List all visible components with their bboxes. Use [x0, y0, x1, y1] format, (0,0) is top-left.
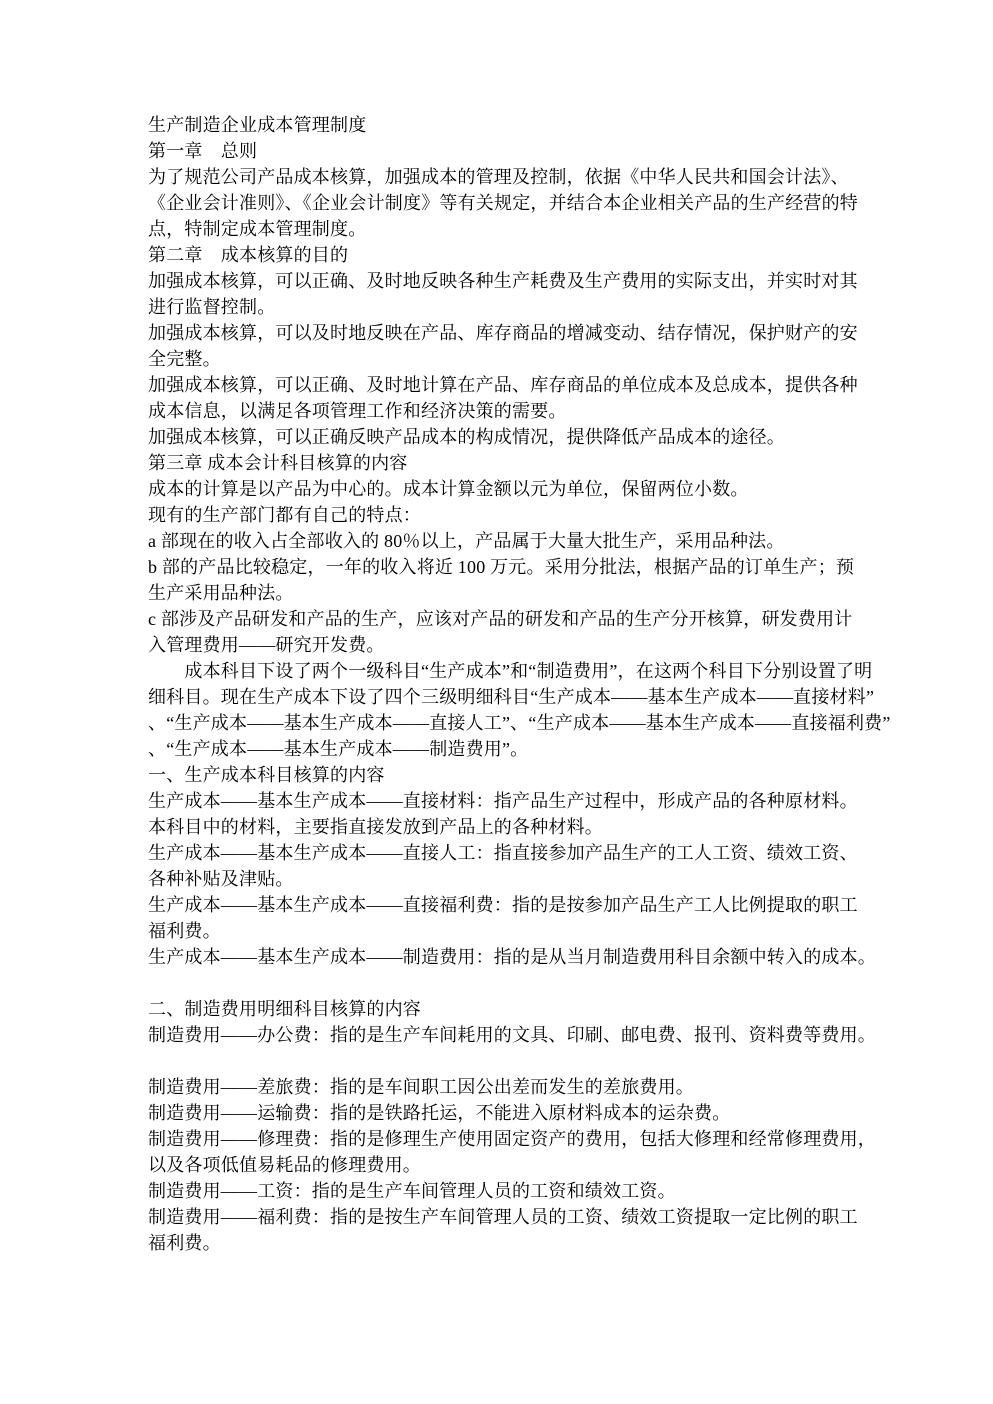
document-body: 生产制造企业成本管理制度第一章 总则为了规范公司产品成本核算，加强成本的管理及控…: [148, 112, 868, 1256]
blank-line: [148, 970, 868, 996]
text-line: 福利费。: [148, 1230, 868, 1256]
text-line: 制造费用——办公费：指的是生产车间耗用的文具、印刷、邮电费、报刊、资料费等费用。: [148, 1022, 868, 1048]
text-line: 进行监督控制。: [148, 294, 868, 320]
text-line: 生产成本——基本生产成本——直接福利费：指的是按参加产品生产工人比例提取的职工: [148, 892, 868, 918]
text-line: 生产成本——基本生产成本——直接人工：指直接参加产品生产的工人工资、绩效工资、: [148, 840, 868, 866]
text-line: 加强成本核算，可以正确、及时地计算在产品、库存商品的单位成本及总成本，提供各种: [148, 372, 868, 398]
text-line: 入管理费用——研究开发费。: [148, 632, 868, 658]
text-line: 现有的生产部门都有自己的特点：: [148, 502, 868, 528]
blank-line: [148, 1048, 868, 1074]
text-line: 以及各项低值易耗品的修理费用。: [148, 1152, 868, 1178]
text-line: 生产成本——基本生产成本——直接材料：指产品生产过程中，形成产品的各种原材料。: [148, 788, 868, 814]
text-line: 、“生产成本——基本生产成本——制造费用”。: [148, 736, 868, 762]
text-line: b 部的产品比较稳定，一年的收入将近 100 万元。采用分批法，根据产品的订单生…: [148, 554, 868, 580]
text-line: 加强成本核算，可以及时地反映在产品、库存商品的增减变动、结存情况，保护财产的安: [148, 320, 868, 346]
text-line: 本科目中的材料，主要指直接发放到产品上的各种材料。: [148, 814, 868, 840]
text-line: 点，特制定成本管理制度。: [148, 216, 868, 242]
text-line: 第一章 总则: [148, 138, 868, 164]
text-line: 各种补贴及津贴。: [148, 866, 868, 892]
text-line: 第三章 成本会计科目核算的内容: [148, 450, 868, 476]
text-line: 成本信息，以满足各项管理工作和经济决策的需要。: [148, 398, 868, 424]
text-line: 成本科目下设了两个一级科目“生产成本”和“制造费用”，在这两个科目下分别设置了明: [148, 658, 868, 684]
text-line: 制造费用——修理费：指的是修理生产使用固定资产的费用，包括大修理和经常修理费用，: [148, 1126, 868, 1152]
text-line: 制造费用——福利费：指的是按生产车间管理人员的工资、绩效工资提取一定比例的职工: [148, 1204, 868, 1230]
text-line: 第二章 成本核算的目的: [148, 242, 868, 268]
text-line: 生产采用品种法。: [148, 580, 868, 606]
text-line: 为了规范公司产品成本核算，加强成本的管理及控制，依据《中华人民共和国会计法》、: [148, 164, 868, 190]
text-line: 一、生产成本科目核算的内容: [148, 762, 868, 788]
text-line: 加强成本核算，可以正确反映产品成本的构成情况，提供降低产品成本的途径。: [148, 424, 868, 450]
document-page: 生产制造企业成本管理制度第一章 总则为了规范公司产品成本核算，加强成本的管理及控…: [0, 0, 993, 1404]
text-line: 细科目。现在生产成本下设了四个三级明细科目“生产成本——基本生产成本——直接材料…: [148, 684, 868, 710]
text-line: 制造费用——工资：指的是生产车间管理人员的工资和绩效工资。: [148, 1178, 868, 1204]
text-line: 生产制造企业成本管理制度: [148, 112, 868, 138]
text-line: 《企业会计准则》、《企业会计制度》等有关规定，并结合本企业相关产品的生产经营的特: [148, 190, 868, 216]
text-line: 全完整。: [148, 346, 868, 372]
text-line: 加强成本核算，可以正确、及时地反映各种生产耗费及生产费用的实际支出，并实时对其: [148, 268, 868, 294]
text-line: 成本的计算是以产品为中心的。成本计算金额以元为单位，保留两位小数。: [148, 476, 868, 502]
text-line: 生产成本——基本生产成本——制造费用：指的是从当月制造费用科目余额中转入的成本。: [148, 944, 868, 970]
text-line: 制造费用——差旅费：指的是车间职工因公出差而发生的差旅费用。: [148, 1074, 868, 1100]
text-line: 、“生产成本——基本生产成本——直接人工”、“生产成本——基本生产成本——直接福…: [148, 710, 868, 736]
text-line: 制造费用——运输费：指的是铁路托运，不能进入原材料成本的运杂费。: [148, 1100, 868, 1126]
text-line: a 部现在的收入占全部收入的 80％以上，产品属于大量大批生产，采用品种法。: [148, 528, 868, 554]
text-line: c 部涉及产品研发和产品的生产，应该对产品的研发和产品的生产分开核算，研发费用计: [148, 606, 868, 632]
text-line: 福利费。: [148, 918, 868, 944]
text-line: 二、制造费用明细科目核算的内容: [148, 996, 868, 1022]
